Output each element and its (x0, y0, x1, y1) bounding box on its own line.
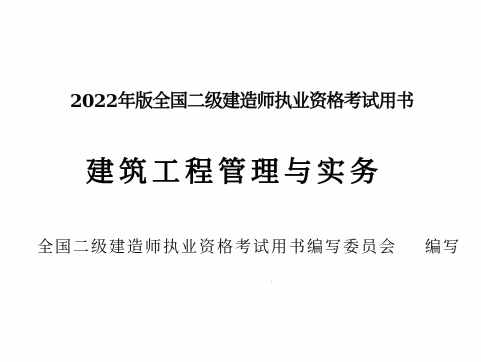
editor-organization: 全国二级建造师执业资格考试用书编写委员会 (37, 237, 397, 256)
editor-credit: 全国二级建造师执业资格考试用书编写委员会编写 (37, 239, 437, 255)
series-title: 2022年版全国二级建造师执业资格考试用书 (70, 93, 399, 111)
editor-role: 编写 (425, 237, 461, 256)
scan-speck (271, 281, 272, 282)
book-title: 建筑工程管理与实务 (86, 158, 382, 186)
